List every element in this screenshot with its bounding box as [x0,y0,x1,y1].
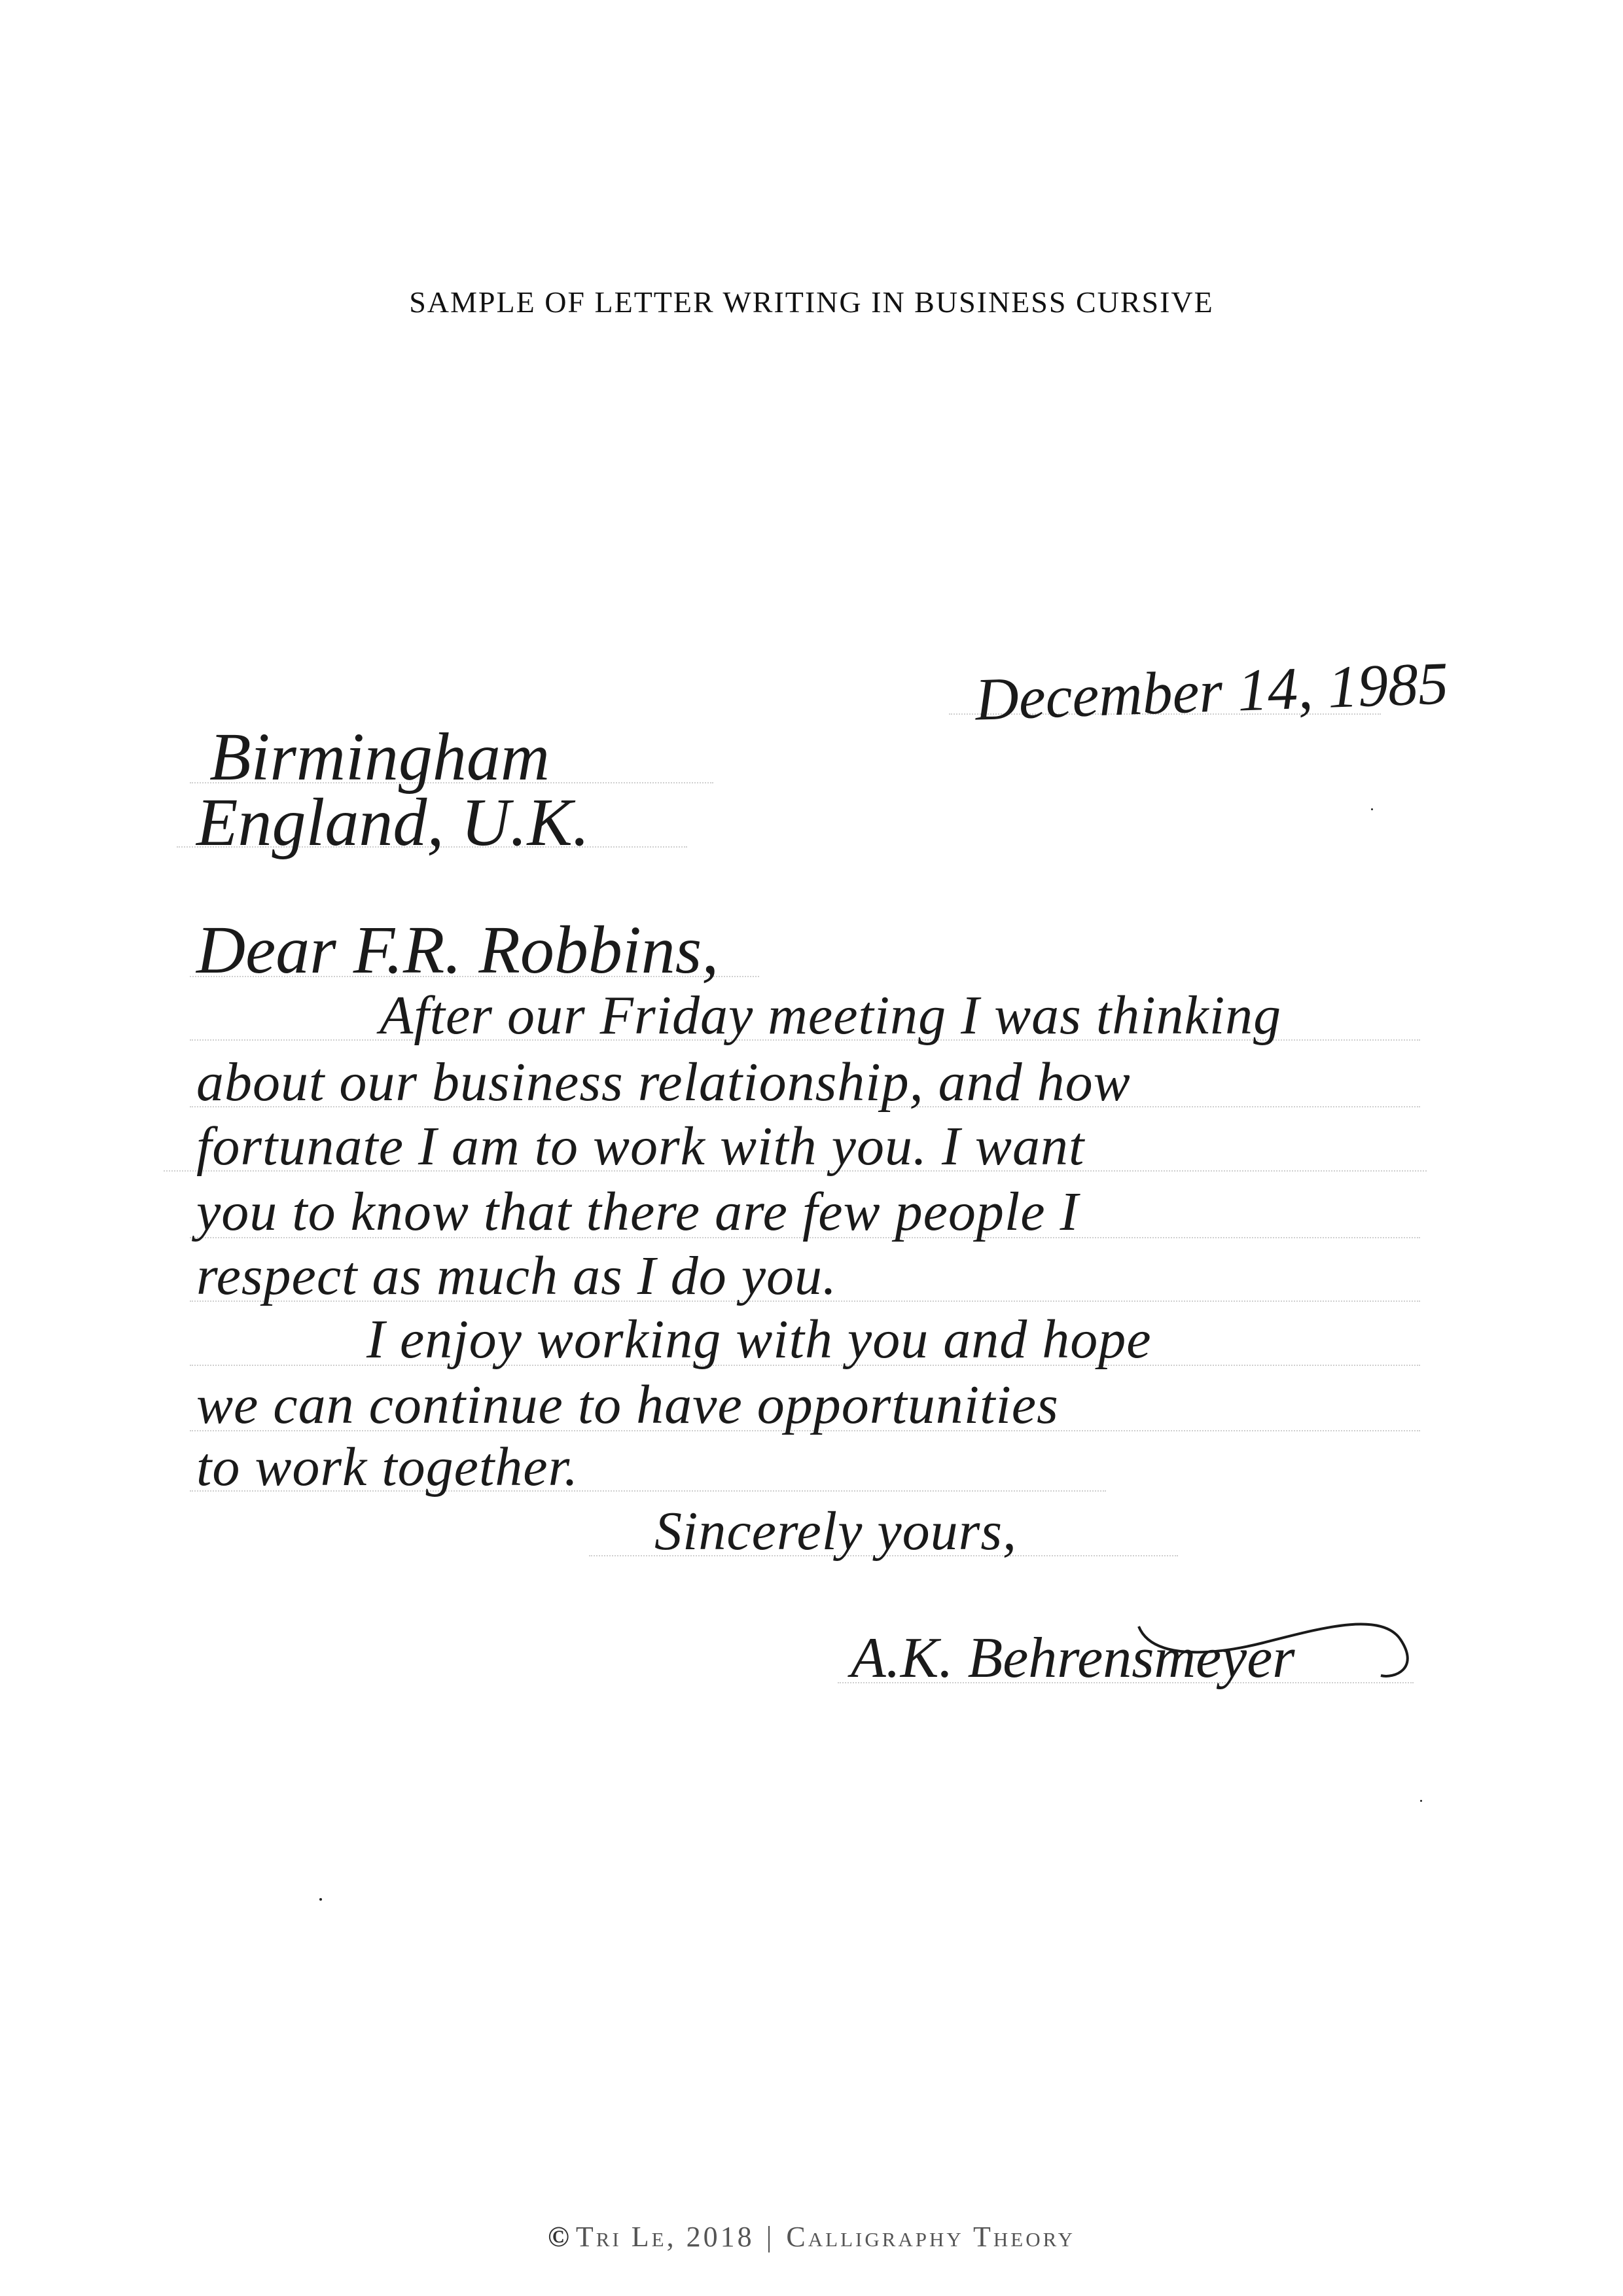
footer-publisher: Calligraphy Theory [786,2221,1075,2253]
body-line-4: you to know that there are few people I [196,1185,1079,1240]
address-line-2: England, U.K. [196,789,590,857]
body-line-2: about our business relationship, and how [196,1055,1131,1110]
document-title: SAMPLE OF LETTER WRITING IN BUSINESS CUR… [0,285,1623,319]
address-line-1: Birmingham [209,723,550,791]
salutation: Dear F.R. Robbins, [196,916,719,984]
letter-page: SAMPLE OF LETTER WRITING IN BUSINESS CUR… [0,0,1623,2296]
footer-author-year: Tri Le, 2018 [576,2221,755,2253]
body-line-1: After our Friday meeting I was thinking [380,988,1281,1043]
body-line-5: respect as much as I do you. [196,1249,837,1304]
body-line-8: to work together. [196,1440,579,1495]
body-line-6: I enjoy working with you and hope [366,1312,1151,1367]
body-line-7: we can continue to have opportunities [196,1378,1059,1433]
scan-speck [1420,1800,1422,1802]
scan-speck [1371,808,1373,810]
signature-flourish-icon [1132,1613,1433,1692]
letter-date: December 14, 1985 [974,653,1450,729]
copyright-icon: © [548,2221,572,2253]
footer-separator: | [766,2221,775,2253]
body-line-3: fortunate I am to work with you. I want [196,1119,1084,1174]
closing: Sincerely yours, [654,1504,1017,1559]
copyright-footer: ©Tri Le, 2018|Calligraphy Theory [0,2220,1623,2253]
scan-speck [319,1898,322,1901]
